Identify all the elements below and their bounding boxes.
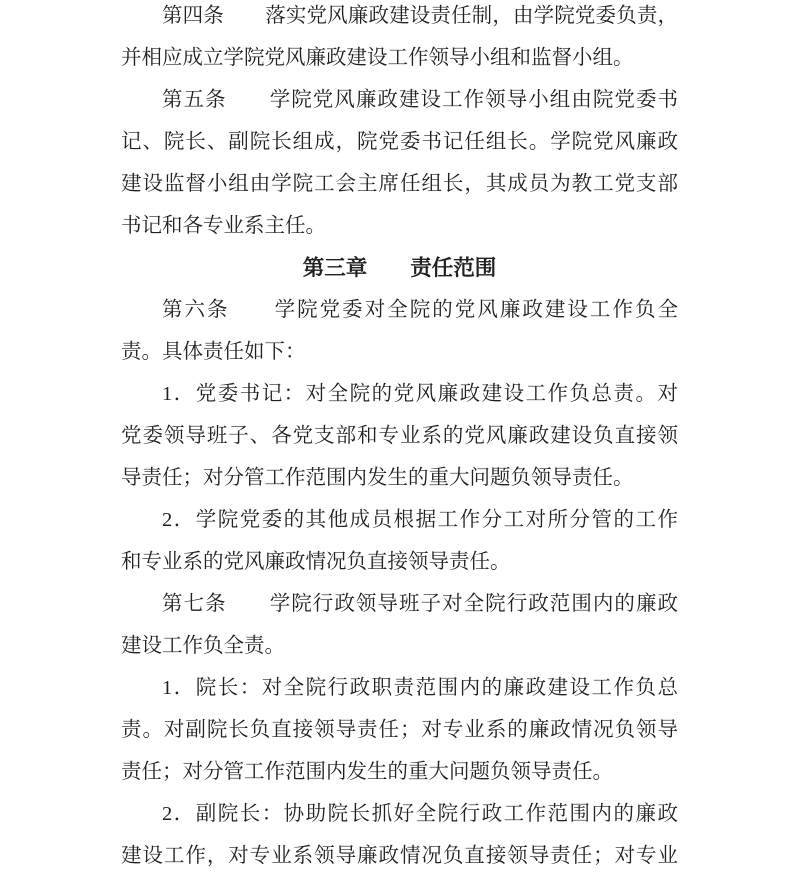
text-line: 并相应成立学院党风廉政建设工作领导小组和监督小组。 xyxy=(121,37,678,79)
text-line: 建设工作负全责。 xyxy=(121,625,678,667)
text-line: 2．学院党委的其他成员根据工作分工对所分管的工作 xyxy=(121,499,678,541)
text-line: 书记和各专业系主任。 xyxy=(121,205,678,247)
text-line: 责。具体责任如下： xyxy=(121,331,678,373)
text-line: 和专业系的党风廉政情况负直接领导责任。 xyxy=(121,541,678,583)
text-line: 第四条 落实党风廉政建设责任制，由学院党委负责， xyxy=(121,0,678,37)
text-line: 建设工作，对专业系领导廉政情况负直接领导责任；对专业 xyxy=(121,835,678,874)
text-line: 记、院长、副院长组成，院党委书记任组长。学院党风廉政 xyxy=(121,121,678,163)
text-line: 第五条 学院党风廉政建设工作领导小组由院党委书 xyxy=(121,79,678,121)
text-line: 第七条 学院行政领导班子对全院行政范围内的廉政 xyxy=(121,583,678,625)
text-line: 导责任；对分管工作范围内发生的重大问题负领导责任。 xyxy=(121,457,678,499)
text-line: 责任；对分管工作范围内发生的重大问题负领导责任。 xyxy=(121,751,678,793)
text-line: 1．党委书记：对全院的党风廉政建设工作负总责。对 xyxy=(121,373,678,415)
document-page: 第四条 落实党风廉政建设责任制，由学院党委负责，并相应成立学院党风廉政建设工作领… xyxy=(121,0,678,874)
chapter-heading: 第三章 责任范围 xyxy=(121,247,678,289)
text-line: 2．副院长：协助院长抓好全院行政工作范围内的廉政 xyxy=(121,793,678,835)
text-line: 建设监督小组由学院工会主席任组长，其成员为教工党支部 xyxy=(121,163,678,205)
text-line: 责。对副院长负直接领导责任；对专业系的廉政情况负领导 xyxy=(121,709,678,751)
text-line: 党委领导班子、各党支部和专业系的党风廉政建设负直接领 xyxy=(121,415,678,457)
text-line: 第六条 学院党委对全院的党风廉政建设工作负全 xyxy=(121,289,678,331)
text-line: 1．院长：对全院行政职责范围内的廉政建设工作负总 xyxy=(121,667,678,709)
